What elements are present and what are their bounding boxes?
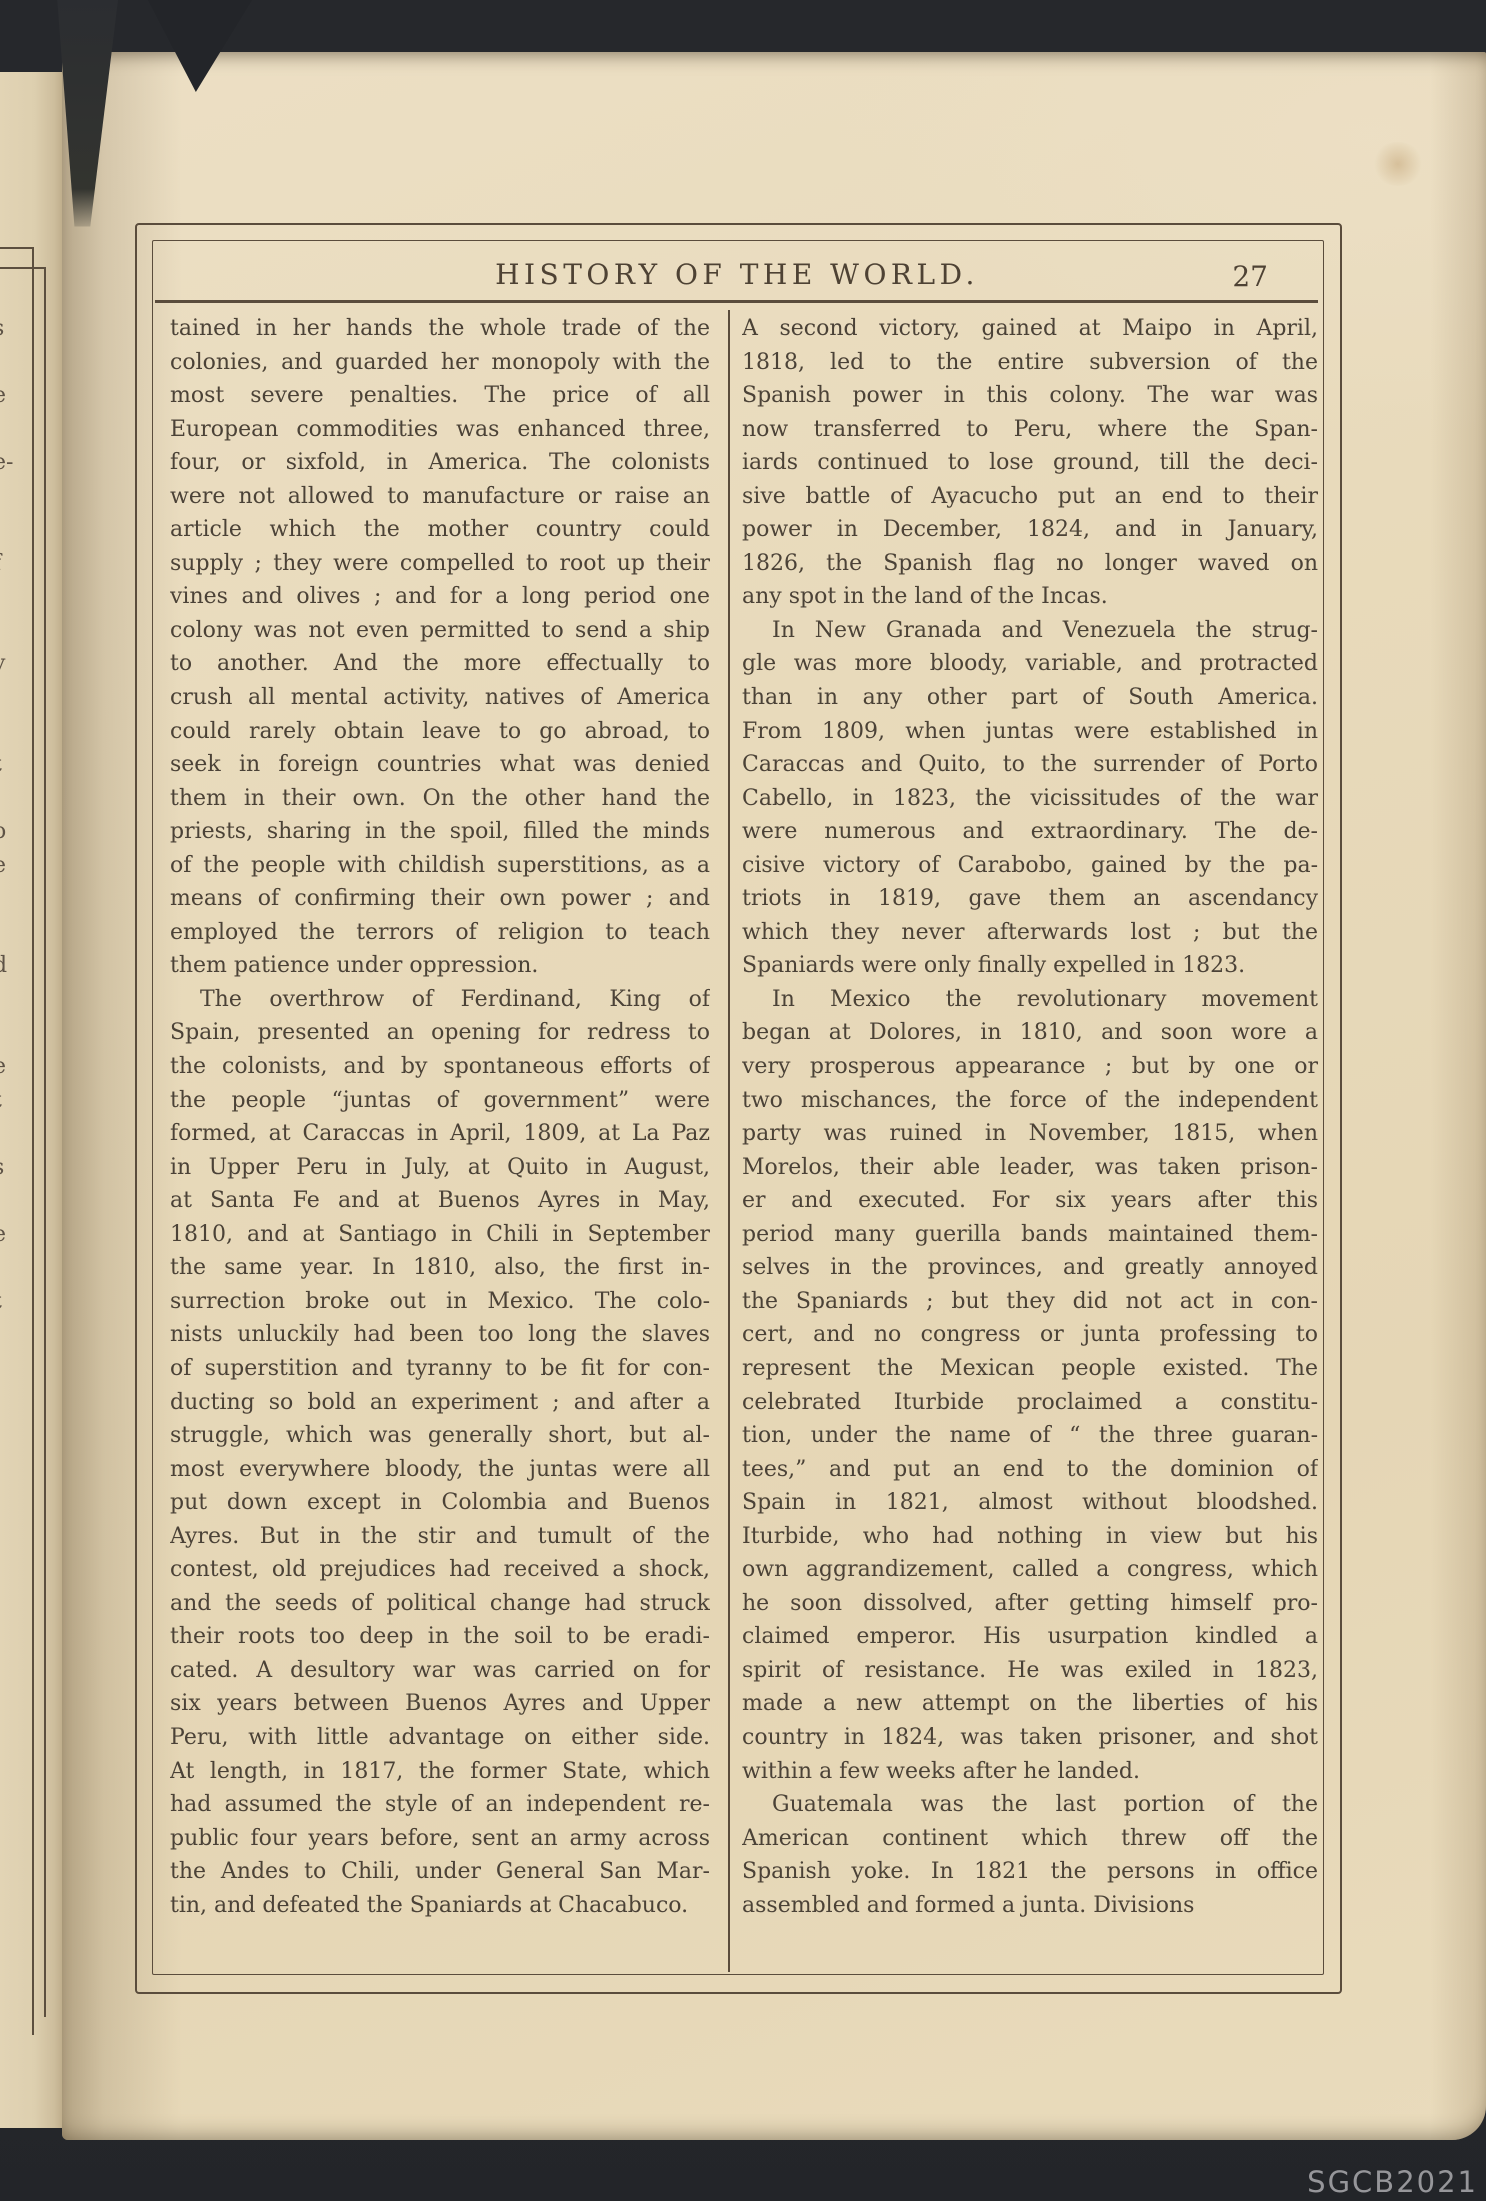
book-scan: slee--,f,v,;toeld,etset HISTORY OF THE W… (0, 0, 1486, 2201)
edge-letter-fragment (0, 782, 16, 816)
text-line: vines and olives ; and for a long period… (170, 580, 710, 614)
header-rule (155, 300, 1318, 303)
text-line: now transferred to Peru, where the Span- (742, 413, 1318, 447)
text-line: period many guerilla bands maintained th… (742, 1218, 1318, 1252)
text-line: Spain, presented an opening for redress … (170, 1016, 710, 1050)
book-page: HISTORY OF THE WORLD. 27 tained in her h… (62, 52, 1486, 2140)
text-line: struggle, which was generally short, but… (170, 1419, 710, 1453)
text-line: colony was not even permitted to send a … (170, 614, 710, 648)
text-line: The overthrow of Ferdinand, King of (170, 983, 710, 1017)
edge-letter-fragment: f (0, 547, 16, 581)
edge-letter-fragment: e- (0, 446, 16, 480)
text-line: 1810, and at Santiago in Chili in Septem… (170, 1218, 710, 1252)
edge-letter-fragment: t (0, 748, 16, 782)
text-line: could rarely obtain leave to go abroad, … (170, 715, 710, 749)
text-line: At length, in 1817, the former State, wh… (170, 1755, 710, 1789)
edge-letter-fragment (0, 882, 16, 916)
text-line: ducting so bold an experiment ; and afte… (170, 1386, 710, 1420)
text-line: were not allowed to manufacture or raise… (170, 480, 710, 514)
text-line: two mischances, the force of the indepen… (742, 1084, 1318, 1118)
edge-letter-fragment: d (0, 949, 16, 983)
text-line: within a few weeks after he landed. (742, 1755, 1318, 1789)
text-line: country in 1824, was taken prisoner, and… (742, 1721, 1318, 1755)
text-line: nists unluckily had been too long the sl… (170, 1318, 710, 1352)
text-line: made a new attempt on the liberties of h… (742, 1687, 1318, 1721)
facing-page-edge: slee--,f,v,;toeld,etset (0, 72, 62, 2128)
text-line: their roots too deep in the soil to be e… (170, 1620, 710, 1654)
edge-letter-fragment: , (0, 681, 16, 715)
edge-letter-fragment (0, 1251, 16, 1285)
text-line: In New Granada and Venezuela the strug- (742, 614, 1318, 648)
text-line: Spaniards were only finally expelled in … (742, 949, 1318, 983)
edge-letter-fragment: v (0, 647, 16, 681)
text-line: Morelos, their able leader, was taken pr… (742, 1151, 1318, 1185)
edge-letter-fragment: s (0, 1151, 16, 1185)
text-line: tin, and defeated the Spaniards at Chaca… (170, 1889, 710, 1923)
edge-letter-fragment (0, 1117, 16, 1151)
text-line: European commodities was enhanced three, (170, 413, 710, 447)
text-line: power in December, 1824, and in January, (742, 513, 1318, 547)
text-line: the colonists, and by spontaneous effort… (170, 1050, 710, 1084)
column-divider-rule (728, 310, 730, 1972)
text-line: most everywhere bloody, the juntas were … (170, 1453, 710, 1487)
edge-letter-fragment (0, 413, 16, 447)
text-line: the people “juntas of government” were (170, 1084, 710, 1118)
text-line: supply ; they were compelled to root up … (170, 547, 710, 581)
facing-page-text-fragments: slee--,f,v,;toeld,etset (0, 312, 16, 1318)
text-line: priests, sharing in the spoil, filled th… (170, 815, 710, 849)
text-line: own aggrandizement, called a congress, w… (742, 1553, 1318, 1587)
text-line: employed the terrors of religion to teac… (170, 916, 710, 950)
text-line: began at Dolores, in 1810, and soon wore… (742, 1016, 1318, 1050)
text-line: cated. A desultory war was carried on fo… (170, 1654, 710, 1688)
text-line: the Andes to Chili, under General San Ma… (170, 1855, 710, 1889)
text-line: at Santa Fe and at Buenos Ayres in May, (170, 1184, 710, 1218)
facing-page-frame-line-outer (32, 247, 34, 2035)
text-line: public four years before, sent an army a… (170, 1822, 710, 1856)
text-line: very prosperous appearance ; but by one … (742, 1050, 1318, 1084)
text-line: From 1809, when juntas were established … (742, 715, 1318, 749)
text-line: 1818, led to the entire subversion of th… (742, 346, 1318, 380)
edge-letter-fragment: - (0, 480, 16, 514)
text-line: tion, under the name of “ the three guar… (742, 1419, 1318, 1453)
text-line: to another. And the more effectually to (170, 647, 710, 681)
text-line: article which the mother country could (170, 513, 710, 547)
facing-page-frame-corner-inner (0, 267, 45, 269)
text-line: assembled and formed a junta. Divisions (742, 1889, 1318, 1923)
text-line: any spot in the land of the Incas. (742, 580, 1318, 614)
edge-letter-fragment: e (0, 849, 16, 883)
edge-letter-fragment: e (0, 1218, 16, 1252)
column-left: tained in her hands the whole trade of t… (170, 312, 710, 1922)
text-line: Guatemala was the last portion of the (742, 1788, 1318, 1822)
edge-letter-fragment: e (0, 379, 16, 413)
text-line: he soon dissolved, after getting himself… (742, 1587, 1318, 1621)
text-line: Spanish power in this colony. The war wa… (742, 379, 1318, 413)
text-line: contest, old prejudices had received a s… (170, 1553, 710, 1587)
edge-letter-fragment (0, 614, 16, 648)
text-line: In Mexico the revolutionary movement (742, 983, 1318, 1017)
text-line: them in their own. On the other hand the (170, 782, 710, 816)
text-line: were numerous and extraordinary. The de- (742, 815, 1318, 849)
text-line: six years between Buenos Ayres and Upper (170, 1687, 710, 1721)
page-number: 27 (1232, 260, 1268, 293)
text-line: selves in the provinces, and greatly ann… (742, 1251, 1318, 1285)
text-line: four, or sixfold, in America. The coloni… (170, 446, 710, 480)
text-line: iards continued to lose ground, till the… (742, 446, 1318, 480)
text-line: Spain in 1821, almost without bloodshed. (742, 1486, 1318, 1520)
text-line: crush all mental activity, natives of Am… (170, 681, 710, 715)
edge-letter-fragment: o (0, 815, 16, 849)
edge-letter-fragment: , (0, 1016, 16, 1050)
edge-letter-fragment: t (0, 1285, 16, 1319)
text-line: them patience under oppression. (170, 949, 710, 983)
text-line: cert, and no congress or junta professin… (742, 1318, 1318, 1352)
text-line: and the seeds of political change had st… (170, 1587, 710, 1621)
column-right: A second victory, gained at Maipo in Apr… (742, 312, 1318, 1922)
page-title: HISTORY OF THE WORLD. (495, 258, 979, 291)
edge-letter-fragment: s (0, 312, 16, 346)
edge-letter-fragment: ; (0, 715, 16, 749)
text-line: spirit of resistance. He was exiled in 1… (742, 1654, 1318, 1688)
text-line: celebrated Iturbide proclaimed a constit… (742, 1386, 1318, 1420)
page-edge-shade (1430, 52, 1486, 2140)
scan-watermark: SGCB2021 (1307, 2165, 1478, 2199)
text-line: in Upper Peru in July, at Quito in Augus… (170, 1151, 710, 1185)
text-line: sive battle of Ayacucho put an end to th… (742, 480, 1318, 514)
edge-letter-fragment (0, 983, 16, 1017)
text-line: Peru, with little advantage on either si… (170, 1721, 710, 1755)
edge-letter-fragment: l (0, 916, 16, 950)
text-line: er and executed. For six years after thi… (742, 1184, 1318, 1218)
text-line: 1826, the Spanish flag no longer waved o… (742, 547, 1318, 581)
text-line: the same year. In 1810, also, the first … (170, 1251, 710, 1285)
text-line: of the people with childish superstition… (170, 849, 710, 883)
text-line: had assumed the style of an independent … (170, 1788, 710, 1822)
facing-page-frame-corner-outer (0, 247, 34, 249)
text-line: cisive victory of Carabobo, gained by th… (742, 849, 1318, 883)
text-line: put down except in Colombia and Buenos (170, 1486, 710, 1520)
text-line: which they never afterwards lost ; but t… (742, 916, 1318, 950)
text-line: formed, at Caraccas in April, 1809, at L… (170, 1117, 710, 1151)
text-line: tees,” and put an end to the dominion of (742, 1453, 1318, 1487)
edge-letter-fragment: , (0, 513, 16, 547)
text-line: gle was more bloody, variable, and protr… (742, 647, 1318, 681)
text-line: American continent which threw off the (742, 1822, 1318, 1856)
text-line: triots in 1819, gave them an ascendancy (742, 882, 1318, 916)
text-line: most severe penalties. The price of all (170, 379, 710, 413)
text-line: Cabello, in 1823, the vicissitudes of th… (742, 782, 1318, 816)
text-line: A second victory, gained at Maipo in Apr… (742, 312, 1318, 346)
text-line: than in any other part of South America. (742, 681, 1318, 715)
text-line: the Spaniards ; but they did not act in … (742, 1285, 1318, 1319)
edge-letter-fragment (0, 1184, 16, 1218)
edge-letter-fragment: , (0, 580, 16, 614)
text-line: represent the Mexican people existed. Th… (742, 1352, 1318, 1386)
edge-letter-fragment: e (0, 1050, 16, 1084)
paper-stain (1372, 142, 1424, 186)
text-line: seek in foreign countries what was denie… (170, 748, 710, 782)
text-line: Ayres. But in the stir and tumult of the (170, 1520, 710, 1554)
text-line: means of confirming their own power ; an… (170, 882, 710, 916)
text-line: Iturbide, who had nothing in view but hi… (742, 1520, 1318, 1554)
edge-letter-fragment: l (0, 346, 16, 380)
running-header: HISTORY OF THE WORLD. 27 (152, 258, 1322, 302)
text-line: colonies, and guarded her monopoly with … (170, 346, 710, 380)
text-line: tained in her hands the whole trade of t… (170, 312, 710, 346)
text-line: party was ruined in November, 1815, when (742, 1117, 1318, 1151)
text-line: Caraccas and Quito, to the surrender of … (742, 748, 1318, 782)
text-line: surrection broke out in Mexico. The colo… (170, 1285, 710, 1319)
text-line: of superstition and tyranny to be fit fo… (170, 1352, 710, 1386)
text-line: claimed emperor. His usurpation kindled … (742, 1620, 1318, 1654)
facing-page-frame-line-inner (44, 267, 46, 2017)
edge-letter-fragment: t (0, 1084, 16, 1118)
text-line: Spanish yoke. In 1821 the persons in off… (742, 1855, 1318, 1889)
